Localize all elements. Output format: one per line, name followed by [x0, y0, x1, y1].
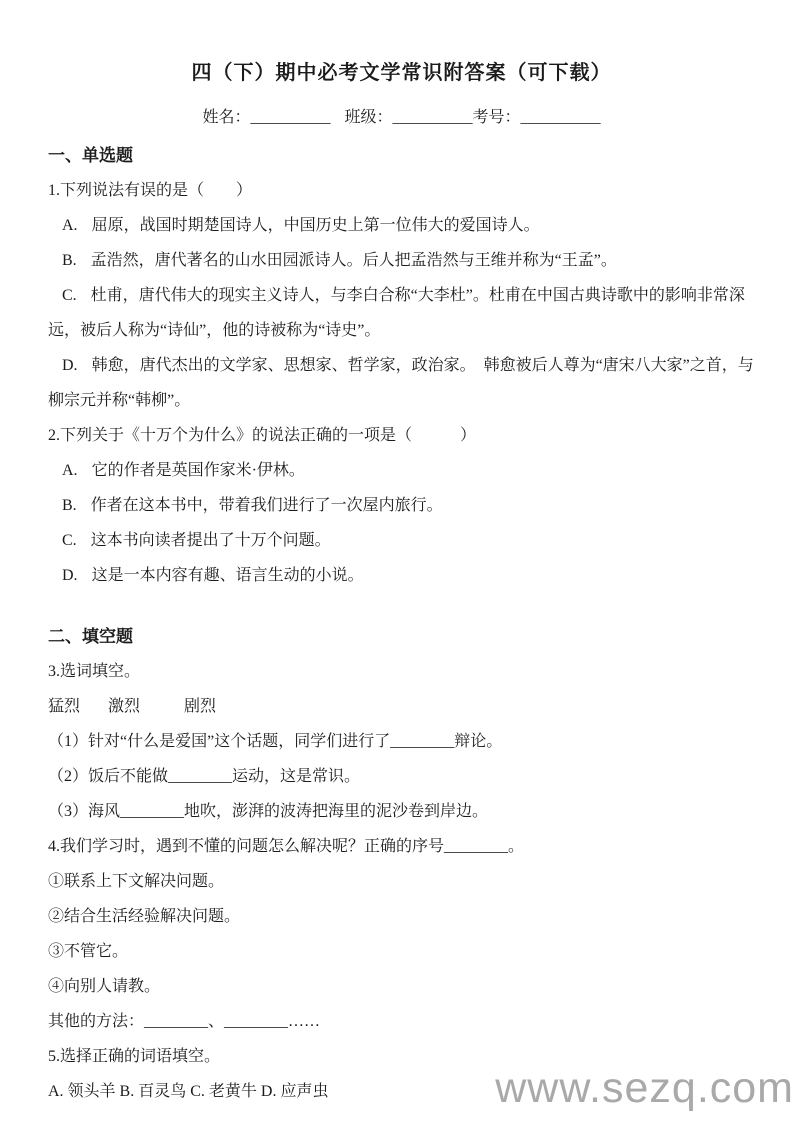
question-4-stem: 4.我们学习时，遇到不懂的问题怎么解决呢？正确的序号________。 [48, 829, 755, 864]
question-4-other-methods: 其他的方法：________、________…… [48, 1004, 755, 1039]
option-letter: B. [62, 252, 77, 269]
option-text: 屈原，战国时期楚国诗人，中国历史上第一位伟大的爱国诗人。 [92, 217, 540, 234]
question-4-item-2: ②结合生活经验解决问题。 [48, 899, 755, 934]
option-letter: C. [62, 287, 77, 304]
question-4-item-4: ④向别人请教。 [48, 969, 755, 1004]
option-letter: D. [62, 567, 78, 584]
name-label: 姓名： [202, 109, 250, 126]
question-3-item-3: （3）海风________地吹，澎湃的波涛把海里的泥沙卷到岸边。 [48, 794, 755, 829]
name-blank: __________ [250, 109, 330, 126]
question-2-option-b: B.作者在这本书中，带着我们进行了一次屋内旅行。 [48, 488, 755, 523]
page-title: 四（下）期中必考文学常识附答案（可下载） [48, 58, 755, 88]
option-letter: A. [62, 462, 78, 479]
question-4-item-3: ③不管它。 [48, 934, 755, 969]
question-1-option-c: C.杜甫，唐代伟大的现实主义诗人，与李白合称“大李杜”。杜甫在中国古典诗歌中的影… [48, 278, 755, 348]
class-blank: __________ [393, 109, 473, 126]
exam-no-blank: __________ [521, 109, 601, 126]
question-3-stem: 3.选词填空。 [48, 654, 755, 689]
question-2-stem: 2.下列关于《十万个为什么》的说法正确的一项是（ ） [48, 418, 755, 453]
exam-paper-page: 四（下）期中必考文学常识附答案（可下载） 姓名：__________班级：___… [0, 0, 800, 1109]
option-text: 杜甫，唐代伟大的现实主义诗人，与李白合称“大李杜”。杜甫在中国古典诗歌中的影响非… [48, 287, 745, 339]
question-3-item-2: （2）饭后不能做________运动，这是常识。 [48, 759, 755, 794]
option-text: 韩愈，唐代杰出的文学家、思想家、哲学家，政治家。 韩愈被后人尊为“唐宋八大家”之… [48, 357, 754, 409]
option-letter: C. [62, 532, 77, 549]
question-1-option-d: D.韩愈，唐代杰出的文学家、思想家、哲学家，政治家。 韩愈被后人尊为“唐宋八大家… [48, 348, 755, 418]
question-4-item-1: ①联系上下文解决问题。 [48, 864, 755, 899]
word-bank: 猛烈激烈剧烈 [48, 689, 755, 724]
exam-no-label: 考号： [473, 109, 521, 126]
word-bank-item: 猛烈 [48, 698, 80, 715]
option-text: 它的作者是英国作家米·伊林。 [92, 462, 305, 479]
site-watermark: www.sezq.com [495, 1066, 794, 1110]
word-bank-item: 激烈 [108, 698, 140, 715]
option-text: 这本书向读者提出了十万个问题。 [91, 532, 331, 549]
option-letter: A. [62, 217, 78, 234]
option-text: 孟浩然，唐代著名的山水田园派诗人。后人把孟浩然与王维并称为“王孟”。 [91, 252, 617, 269]
question-1-option-a: A.屈原，战国时期楚国诗人，中国历史上第一位伟大的爱国诗人。 [48, 208, 755, 243]
question-2-option-d: D.这是一本内容有趣、语言生动的小说。 [48, 558, 755, 593]
option-letter: B. [62, 497, 77, 514]
student-info-line: 姓名：__________班级：__________考号：__________ [48, 104, 755, 132]
question-3-item-1: （1）针对“什么是爱国”这个话题，同学们进行了________辩论。 [48, 724, 755, 759]
question-1-option-b: B.孟浩然，唐代著名的山水田园派诗人。后人把孟浩然与王维并称为“王孟”。 [48, 243, 755, 278]
section-fill-heading: 二、填空题 [48, 619, 755, 654]
question-2-option-c: C.这本书向读者提出了十万个问题。 [48, 523, 755, 558]
option-text: 这是一本内容有趣、语言生动的小说。 [92, 567, 364, 584]
option-text: 作者在这本书中，带着我们进行了一次屋内旅行。 [91, 497, 443, 514]
class-label: 班级： [344, 109, 392, 126]
section-choice-heading: 一、单选题 [48, 138, 755, 173]
word-bank-item: 剧烈 [184, 698, 216, 715]
option-letter: D. [62, 357, 78, 374]
question-2-option-a: A.它的作者是英国作家米·伊林。 [48, 453, 755, 488]
question-1-stem: 1.下列说法有误的是（ ） [48, 173, 755, 208]
